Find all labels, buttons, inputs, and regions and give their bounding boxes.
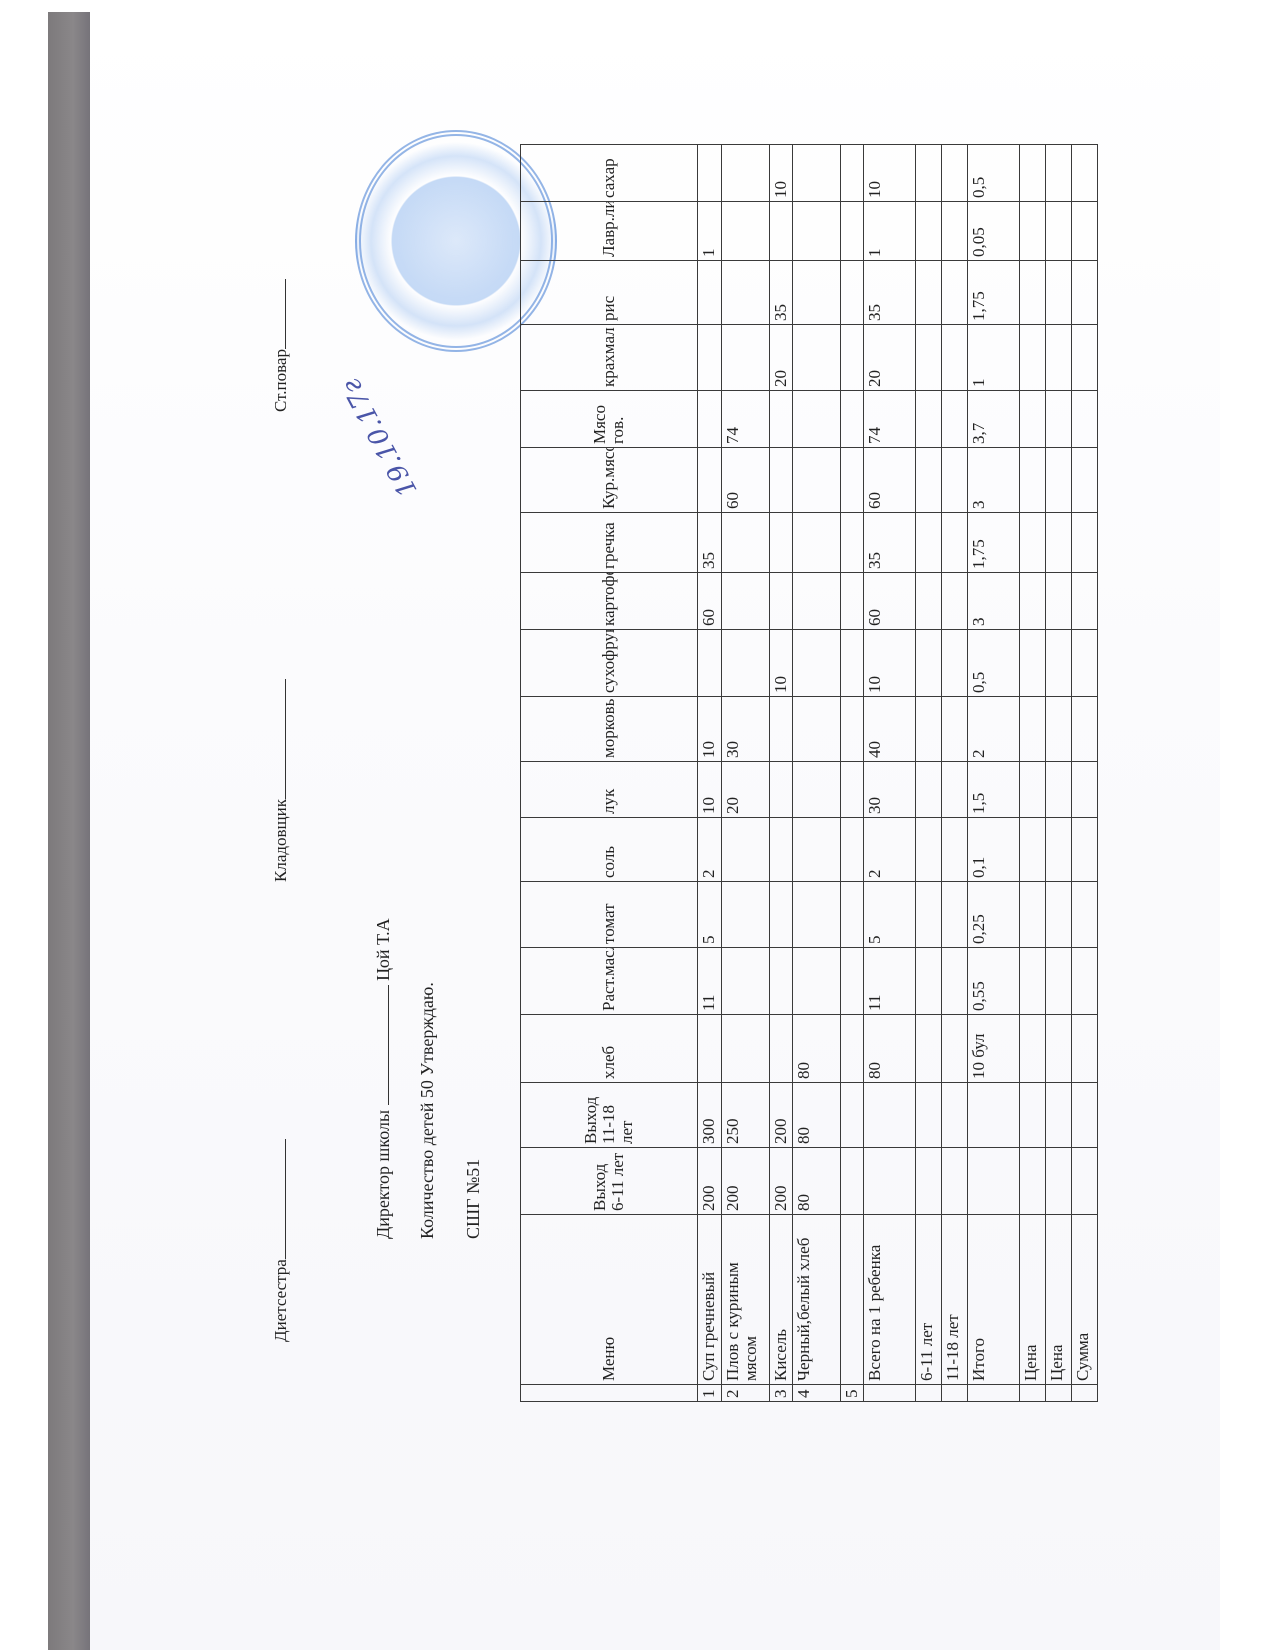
cell-value	[941, 145, 967, 202]
cell-value: 80	[792, 1148, 840, 1215]
head-cook-label: Ст.повар	[271, 349, 290, 412]
cell-value: 200	[770, 1083, 793, 1148]
cell-value	[915, 697, 941, 762]
table-row: 2Плов с куриным мясом20025020306074	[722, 145, 770, 1402]
menu-item: Сумма	[1071, 1215, 1097, 1385]
cell-value: 200	[722, 1148, 770, 1215]
table-row: 4Черный,белый хлеб808080	[792, 145, 840, 1402]
row-number	[863, 1385, 915, 1402]
cell-value: 200	[698, 1148, 722, 1215]
cell-value	[722, 948, 770, 1015]
cell-value	[1045, 1015, 1071, 1083]
cell-value	[770, 513, 793, 573]
cell-value: 300	[698, 1083, 722, 1148]
cell-value	[698, 145, 722, 202]
cell-value	[840, 1148, 863, 1215]
cell-value	[698, 1015, 722, 1083]
column-header: крахмал	[521, 325, 698, 391]
row-number: 2	[722, 1385, 770, 1402]
cell-value	[770, 882, 793, 948]
cell-value	[1045, 261, 1071, 325]
dietitian-line	[271, 1139, 286, 1259]
cell-value	[941, 1083, 967, 1148]
head-cook-line	[271, 279, 286, 349]
cell-value	[770, 697, 793, 762]
cell-value	[1071, 882, 1097, 948]
row-number: 5	[840, 1385, 863, 1402]
cell-value: 60	[722, 448, 770, 513]
cell-value	[770, 1015, 793, 1083]
menu-item: Черный,белый хлеб	[792, 1215, 840, 1385]
row-number	[1019, 1385, 1045, 1402]
cell-value	[698, 325, 722, 391]
cell-value	[941, 818, 967, 882]
cell-value	[1045, 818, 1071, 882]
cell-value: 60	[698, 573, 722, 630]
cell-value	[863, 1148, 915, 1215]
cell-value	[941, 202, 967, 261]
cell-value	[840, 1083, 863, 1148]
column-header: Раст.масло	[521, 948, 698, 1015]
cell-value: 20	[722, 762, 770, 818]
cell-value: 11	[698, 948, 722, 1015]
column-header: гречка	[521, 513, 698, 573]
cell-value	[1019, 448, 1045, 513]
cell-value	[1071, 202, 1097, 261]
column-header: Мясо гов.	[521, 391, 698, 448]
cell-value	[1019, 882, 1045, 948]
cell-value: 2	[863, 818, 915, 882]
table-row: 1Суп гречневый2003001152101060351	[698, 145, 722, 1402]
school-title: СШГ №51	[463, 1159, 484, 1239]
cell-value	[915, 762, 941, 818]
cell-value	[1071, 573, 1097, 630]
cell-value	[915, 448, 941, 513]
cell-value	[1071, 1015, 1097, 1083]
row-number: 1	[698, 1385, 722, 1402]
cell-value: 200	[770, 1148, 793, 1215]
cell-value	[722, 325, 770, 391]
cell-value	[915, 882, 941, 948]
cell-value: 10	[770, 145, 793, 202]
cell-value	[1019, 513, 1045, 573]
cell-value	[967, 1083, 1019, 1148]
cell-value: 20	[770, 325, 793, 391]
row-number	[941, 1385, 967, 1402]
cell-value	[722, 630, 770, 697]
cell-value	[1045, 630, 1071, 697]
cell-value	[941, 630, 967, 697]
cell-value	[1045, 1148, 1071, 1215]
cell-value	[1019, 697, 1045, 762]
cell-value: 60	[863, 573, 915, 630]
cell-value: 5	[698, 882, 722, 948]
cell-value	[792, 145, 840, 202]
cell-value	[941, 261, 967, 325]
cell-value	[1019, 762, 1045, 818]
cell-value	[722, 573, 770, 630]
cell-value	[941, 1148, 967, 1215]
cell-value: 10	[698, 762, 722, 818]
cell-value	[1019, 818, 1045, 882]
cell-value	[941, 948, 967, 1015]
cell-value: 250	[722, 1083, 770, 1148]
cell-value	[792, 948, 840, 1015]
cell-value: 40	[863, 697, 915, 762]
table-row: 11-18 лет	[941, 145, 967, 1402]
column-header: Выход 6-11 лет	[521, 1148, 698, 1215]
cell-value	[941, 573, 967, 630]
cell-value	[967, 1148, 1019, 1215]
cell-value	[915, 948, 941, 1015]
storekeeper-label: Кладовщик	[271, 799, 290, 882]
cell-value	[722, 261, 770, 325]
cell-value	[1019, 1015, 1045, 1083]
table-row: Итого10 бул0,550,250,11,520,531,7533,711…	[967, 145, 1019, 1402]
cell-value	[792, 391, 840, 448]
cell-value	[1045, 762, 1071, 818]
cell-value	[1071, 948, 1097, 1015]
cell-value	[1019, 261, 1045, 325]
menu-table: МенюВыход 6-11 летВыход 11-18 летхлебРас…	[520, 144, 1098, 1402]
menu-item	[840, 1215, 863, 1385]
cell-value	[915, 391, 941, 448]
cell-value: 1,75	[967, 513, 1019, 573]
cell-value	[1045, 948, 1071, 1015]
cell-value	[1045, 513, 1071, 573]
cell-value	[840, 1015, 863, 1083]
cell-value	[770, 762, 793, 818]
storekeeper-line	[271, 679, 286, 799]
cell-value	[941, 762, 967, 818]
cell-value: 5	[863, 882, 915, 948]
cell-value: 35	[863, 513, 915, 573]
column-header: сухофрукты	[521, 630, 698, 697]
cell-value: 1	[698, 202, 722, 261]
cell-value	[770, 202, 793, 261]
cell-value	[840, 391, 863, 448]
cell-value	[915, 630, 941, 697]
table-row: 5	[840, 145, 863, 1402]
row-number: 4	[792, 1385, 840, 1402]
handwritten-date: 19.10.17г	[336, 374, 423, 502]
column-header: морковь	[521, 697, 698, 762]
cell-value	[1019, 948, 1045, 1015]
cell-value: 2	[698, 818, 722, 882]
cell-value	[840, 145, 863, 202]
cell-value: 1	[863, 202, 915, 261]
dietitian-signature: Диетсестра	[271, 1139, 291, 1342]
cell-value: 3	[967, 573, 1019, 630]
cell-value	[840, 513, 863, 573]
cell-value	[1045, 697, 1071, 762]
head-cook-signature: Ст.повар	[271, 279, 291, 412]
cell-value	[941, 325, 967, 391]
cell-value: 30	[863, 762, 915, 818]
cell-value	[722, 1015, 770, 1083]
cell-value	[840, 261, 863, 325]
cell-value	[792, 882, 840, 948]
column-header: Лавр.лист	[521, 202, 698, 261]
cell-value	[1071, 1083, 1097, 1148]
cell-value	[722, 882, 770, 948]
cell-value	[722, 145, 770, 202]
table-row: Цена	[1019, 145, 1045, 1402]
cell-value: 35	[770, 261, 793, 325]
cell-value	[770, 948, 793, 1015]
cell-value	[1071, 1148, 1097, 1215]
cell-value	[792, 325, 840, 391]
cell-value: 74	[863, 391, 915, 448]
cell-value	[1045, 882, 1071, 948]
cell-value	[1071, 630, 1097, 697]
cell-value	[1071, 325, 1097, 391]
cell-value: 0,55	[967, 948, 1019, 1015]
cell-value	[1019, 325, 1045, 391]
cell-value	[1019, 573, 1045, 630]
cell-value: 0,5	[967, 630, 1019, 697]
cell-value	[915, 1148, 941, 1215]
menu-item: Итого	[967, 1215, 1019, 1385]
row-number	[1045, 1385, 1071, 1402]
menu-item: Цена	[1019, 1215, 1045, 1385]
menu-item: 11-18 лет	[941, 1215, 967, 1385]
cell-value: 60	[863, 448, 915, 513]
row-number: 3	[770, 1385, 793, 1402]
menu-item: Суп гречневый	[698, 1215, 722, 1385]
cell-value	[941, 1015, 967, 1083]
cell-value	[770, 573, 793, 630]
cell-value	[792, 818, 840, 882]
menu-item: Плов с куриным мясом	[722, 1215, 770, 1385]
column-header: Выход 11-18 лет	[521, 1083, 698, 1148]
cell-value	[840, 325, 863, 391]
cell-value	[1071, 818, 1097, 882]
column-header: томат	[521, 882, 698, 948]
column-header: сахар	[521, 145, 698, 202]
cell-value	[722, 202, 770, 261]
cell-value: 80	[792, 1083, 840, 1148]
cell-value	[792, 513, 840, 573]
cell-value	[1019, 1083, 1045, 1148]
signatures-footer: Диетсестра Кладовщик Ст.повар	[255, 145, 295, 1402]
cell-value	[915, 1015, 941, 1083]
cell-value	[770, 818, 793, 882]
cell-value	[1045, 573, 1071, 630]
cell-value	[840, 630, 863, 697]
cell-value	[915, 818, 941, 882]
cell-value	[941, 882, 967, 948]
cell-value: 10 бул	[967, 1015, 1019, 1083]
cell-value	[1071, 448, 1097, 513]
cell-value	[1071, 697, 1097, 762]
cell-value: 30	[722, 697, 770, 762]
row-number	[967, 1385, 1019, 1402]
cell-value	[1045, 325, 1071, 391]
cell-value	[792, 630, 840, 697]
cell-value: 1,5	[967, 762, 1019, 818]
cell-value	[1071, 145, 1097, 202]
cell-value	[915, 573, 941, 630]
cell-value	[1019, 391, 1045, 448]
rotated-document: СШГ №51 Количество детей 50 Утверждаю. Д…	[335, 145, 917, 1402]
cell-value	[840, 448, 863, 513]
cell-value: 2	[967, 697, 1019, 762]
table-row: Цена	[1045, 145, 1071, 1402]
menu-item: 6-11 лет	[915, 1215, 941, 1385]
table-row: 3Кисель20020010203510	[770, 145, 793, 1402]
cell-value: 10	[770, 630, 793, 697]
cell-value: 11	[863, 948, 915, 1015]
menu-item: Кисель	[770, 1215, 793, 1385]
cell-value	[941, 513, 967, 573]
cell-value: 10	[863, 145, 915, 202]
cell-value: 0,5	[967, 145, 1019, 202]
row-number	[915, 1385, 941, 1402]
cell-value	[840, 948, 863, 1015]
cell-value: 0,25	[967, 882, 1019, 948]
cell-value	[941, 391, 967, 448]
cell-value	[840, 762, 863, 818]
cell-value	[792, 261, 840, 325]
director-name: Цой Т.А	[373, 918, 393, 981]
cell-value	[1045, 448, 1071, 513]
scan-edge	[48, 12, 90, 1650]
cell-value	[770, 391, 793, 448]
row-number	[1071, 1385, 1097, 1402]
column-header: Меню	[521, 1215, 698, 1385]
cell-value	[792, 448, 840, 513]
cell-value: 20	[863, 325, 915, 391]
cell-value	[792, 573, 840, 630]
cell-value	[698, 261, 722, 325]
cell-value	[915, 325, 941, 391]
cell-value	[915, 261, 941, 325]
cell-value: 3,7	[967, 391, 1019, 448]
cell-value	[1019, 145, 1045, 202]
cell-value	[1045, 202, 1071, 261]
cell-value	[792, 202, 840, 261]
cell-value	[1071, 762, 1097, 818]
cell-value	[1045, 145, 1071, 202]
table-row: Всего на 1 ребенка8011523040106035607420…	[863, 145, 915, 1402]
director-label: Директор школы	[373, 1110, 393, 1239]
cell-value	[1019, 1148, 1045, 1215]
column-header: картофель	[521, 573, 698, 630]
cell-value: 74	[722, 391, 770, 448]
table-row: 6-11 лет	[915, 145, 941, 1402]
column-header: лук	[521, 762, 698, 818]
cell-value: 80	[792, 1015, 840, 1083]
column-header: рис	[521, 261, 698, 325]
cell-value	[722, 513, 770, 573]
cell-value	[941, 448, 967, 513]
dietitian-label: Диетсестра	[271, 1259, 290, 1342]
cell-value	[722, 818, 770, 882]
column-header: хлеб	[521, 1015, 698, 1083]
cell-value: 1,75	[967, 261, 1019, 325]
cell-value	[1019, 202, 1045, 261]
cell-value	[941, 697, 967, 762]
director-line: Директор школы Цой Т.А	[373, 918, 394, 1239]
column-header: соль	[521, 818, 698, 882]
cell-value	[1071, 261, 1097, 325]
cell-value	[792, 762, 840, 818]
cell-value	[770, 448, 793, 513]
cell-value	[840, 697, 863, 762]
table-header-row: МенюВыход 6-11 летВыход 11-18 летхлебРас…	[521, 145, 698, 1402]
director-signature-line	[374, 985, 389, 1105]
cell-value	[792, 697, 840, 762]
table-row: Сумма	[1071, 145, 1097, 1402]
cell-value: 0,05	[967, 202, 1019, 261]
column-header: Кур.мясо	[521, 448, 698, 513]
cell-value: 35	[863, 261, 915, 325]
cell-value	[915, 513, 941, 573]
cell-value	[1071, 391, 1097, 448]
cell-value: 0,1	[967, 818, 1019, 882]
cell-value	[840, 818, 863, 882]
menu-item: Всего на 1 ребенка	[863, 1215, 915, 1385]
cell-value	[915, 1083, 941, 1148]
cell-value	[915, 202, 941, 261]
cell-value	[840, 573, 863, 630]
menu-item: Цена	[1045, 1215, 1071, 1385]
cell-value: 80	[863, 1015, 915, 1083]
storekeeper-signature: Кладовщик	[271, 679, 291, 882]
cell-value	[915, 145, 941, 202]
cell-value: 10	[863, 630, 915, 697]
cell-value: 10	[698, 697, 722, 762]
cell-value	[1071, 513, 1097, 573]
cell-value	[698, 391, 722, 448]
cell-value: 1	[967, 325, 1019, 391]
column-header	[521, 1385, 698, 1402]
cell-value	[1019, 630, 1045, 697]
cell-value	[698, 448, 722, 513]
cell-value: 3	[967, 448, 1019, 513]
cell-value	[698, 630, 722, 697]
cell-value	[840, 882, 863, 948]
cell-value	[1045, 391, 1071, 448]
cell-value: 35	[698, 513, 722, 573]
children-count: Количество детей 50 Утверждаю.	[417, 982, 438, 1239]
cell-value	[840, 202, 863, 261]
cell-value	[1045, 1083, 1071, 1148]
cell-value	[863, 1083, 915, 1148]
